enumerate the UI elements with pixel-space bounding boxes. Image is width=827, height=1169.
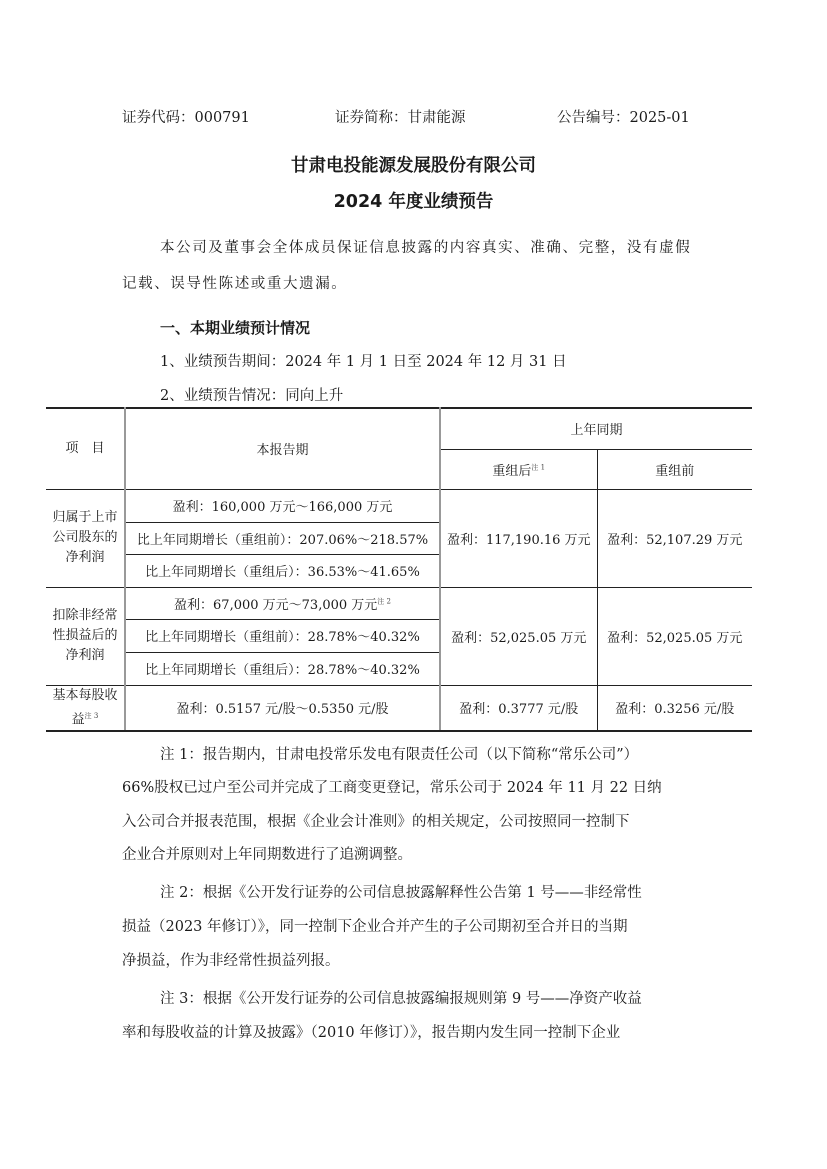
note-1-line-1: 注 1：报告期内，甘肃电投常乐发电有限责任公司（以下简称“常乐公司”） <box>160 743 638 764</box>
note-1-line-3: 入公司合并报表范围，根据《企业会计准则》的相关规定，公司按照同一控制下 <box>122 810 630 831</box>
earnings-forecast-table: 项 目 本报告期 上年同期 重组后注 1 重组前 归属于上市公司股东的净利润 盈… <box>46 407 752 732</box>
note-3-line-2: 率和每股收益的计算及披露》（2010 年修订）》，报告期内发生同一控制下企业 <box>122 1021 620 1042</box>
note-ref: 注 1 <box>531 463 545 471</box>
row-label: 基本每股收益注 3 <box>46 685 125 731</box>
note-1-line-4: 企业合并原则对上年同期数进行了追溯调整。 <box>122 843 412 864</box>
statement-line-2: 记载、误导性陈述或重大遗漏。 <box>122 272 347 293</box>
note-2-line-1: 注 2：根据《公开发行证券的公司信息披露解释性公告第 1 号——非经常性 <box>160 881 642 902</box>
cell-current: 盈利：0.5157 元/股～0.5350 元/股 <box>125 685 440 731</box>
stock-code: 证券代码：000791 <box>122 106 250 127</box>
cell-prior-after: 盈利：117,190.16 万元 <box>440 489 597 587</box>
cell-current: 比上年同期增长（重组前）：207.06%～218.57% <box>125 522 440 554</box>
cell-prior-before: 盈利：52,025.05 万元 <box>597 587 752 685</box>
cell-current: 盈利：67,000 万元～73,000 万元注 2 <box>125 587 440 619</box>
company-title: 甘肃电投能源发展股份有限公司 <box>0 152 827 177</box>
row-label-text: 基本每股收益 <box>52 688 117 727</box>
header-prior-period: 上年同期 <box>440 408 752 449</box>
cell-prior-after: 盈利：0.3777 元/股 <box>440 685 597 731</box>
statement-line-1: 本公司及董事会全体成员保证信息披露的内容真实、准确、完整，没有虚假 <box>160 236 691 257</box>
cell-prior-before: 盈利：52,107.29 万元 <box>597 489 752 587</box>
note-ref: 注 2 <box>377 597 391 605</box>
cell-current: 盈利：160,000 万元～166,000 万元 <box>125 489 440 522</box>
section-heading: 一、本期业绩预计情况 <box>160 317 310 338</box>
header-item: 项 目 <box>46 408 125 489</box>
note-2-line-2: 损益（2023 年修订）》，同一控制下企业合并产生的子公司期初至合并日的当期 <box>122 915 628 936</box>
header-after-restructure: 重组后注 1 <box>440 449 597 489</box>
header-current-period: 本报告期 <box>125 408 440 489</box>
forecast-period: 1、业绩预告期间：2024 年 1 月 1 日至 2024 年 12 月 31 … <box>160 350 567 371</box>
stock-name: 证券简称：甘肃能源 <box>335 106 466 127</box>
cell-prior-after: 盈利：52,025.05 万元 <box>440 587 597 685</box>
note-2-line-3: 净损益，作为非经常性损益列报。 <box>122 949 340 970</box>
forecast-status: 2、业绩预告情况：同向上升 <box>160 384 343 405</box>
header-after-restructure-label: 重组后 <box>492 464 531 479</box>
cell-current: 比上年同期增长（重组后）：36.53%～41.65% <box>125 554 440 587</box>
row-label: 扣除非经常性损益后的净利润 <box>46 587 125 685</box>
row-label: 归属于上市公司股东的净利润 <box>46 489 125 587</box>
header-before-restructure: 重组前 <box>597 449 752 489</box>
cell-current-text: 盈利：67,000 万元～73,000 万元 <box>174 598 377 613</box>
note-3-line-1: 注 3：根据《公开发行证券的公司信息披露编报规则第 9 号——净资产收益 <box>160 987 642 1008</box>
cell-current: 比上年同期增长（重组前）：28.78%～40.32% <box>125 619 440 652</box>
note-ref: 注 3 <box>85 712 99 720</box>
note-1-line-2: 66%股权已过户至公司并完成了工商变更登记，常乐公司于 2024 年 11 月 … <box>122 776 662 797</box>
report-title: 2024 年度业绩预告 <box>0 188 827 213</box>
cell-prior-before: 盈利：0.3256 元/股 <box>597 685 752 731</box>
announcement-number: 公告编号：2025-01 <box>557 106 690 127</box>
cell-current: 比上年同期增长（重组后）：28.78%～40.32% <box>125 652 440 685</box>
